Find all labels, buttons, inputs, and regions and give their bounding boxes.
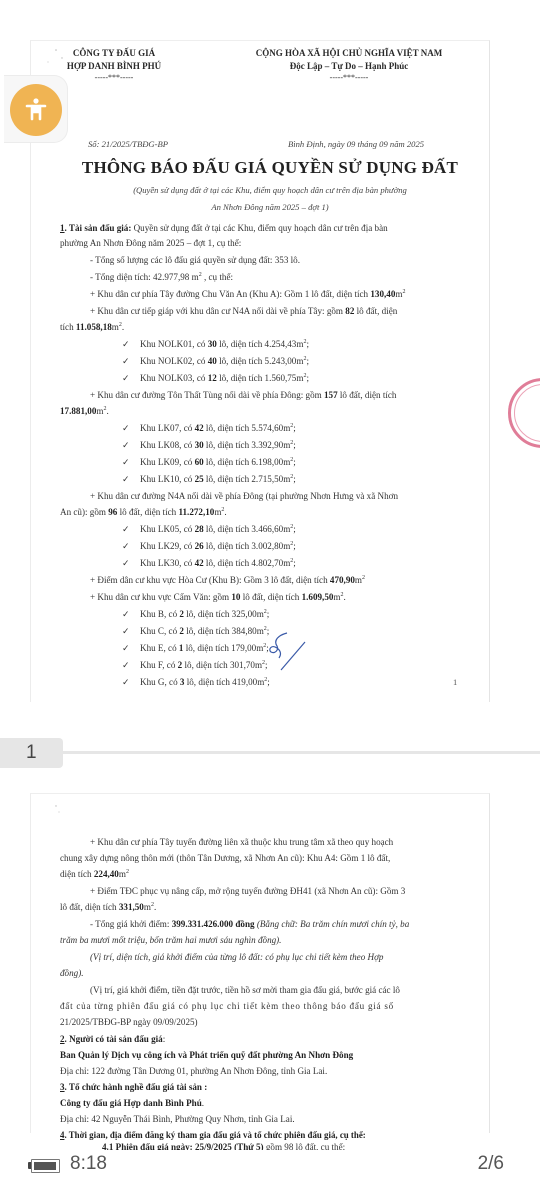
section-3-heading: 3. Tổ chức hành nghề đấu giá tài sản : [60, 1079, 480, 1095]
scan-noise [50, 800, 70, 820]
document-title: THÔNG BÁO ĐẤU GIÁ QUYỀN SỬ DỤNG ĐẤT [60, 158, 480, 178]
auction-org-address: Địa chỉ: 42 Nguyễn Thái Bình, Phường Quy… [60, 1111, 480, 1127]
checkmark-icon: ✓ [122, 555, 134, 571]
auction-org: Công ty đấu giá Hợp danh Bình Phú. [60, 1095, 480, 1111]
block-item: ✓Khu LK09, có 60 lô, diện tích 6.198,00m… [60, 454, 480, 470]
checkmark-icon: ✓ [122, 521, 134, 537]
asset-owner: Ban Quản lý Dịch vụ công ích và Phát tri… [60, 1047, 480, 1063]
zone-n4a-east: + Khu dân cư đường N4A nối dài về phía Đ… [60, 488, 480, 504]
document-number: Số: 21/2025/TBĐG-BP [88, 139, 168, 149]
block-item: ✓Khu LK30, có 42 lô, diện tích 4.802,70m… [60, 555, 480, 571]
note-2-line3: 21/2025/TBĐG-BP ngày 09/09/2025) [60, 1014, 480, 1030]
checkmark-icon: ✓ [122, 336, 134, 352]
handwritten-signature [265, 630, 315, 675]
block-item: ✓Khu NOLK02, có 40 lô, diện tích 5.243,0… [60, 353, 480, 369]
note-2: (Vị trí, giá khởi điểm, tiền đặt trước, … [60, 982, 480, 998]
block-item: ✓Khu LK29, có 26 lô, diện tích 3.002,80m… [60, 538, 480, 554]
national-motto: Độc Lập – Tự Do – Hạnh Phúc [224, 60, 474, 73]
checkmark-icon: ✓ [122, 420, 134, 436]
header-separator: -----***----- [54, 72, 174, 85]
checkmark-icon: ✓ [122, 370, 134, 386]
zone-a4-area: diện tích 224,40m2 [60, 866, 480, 882]
block-item: ✓Khu NOLK03, có 12 lô, diện tích 1.560,7… [60, 370, 480, 386]
checkmark-icon: ✓ [122, 623, 134, 639]
section-2-heading: 2. Người có tài sản đấu giá: [60, 1031, 480, 1047]
total-area: - Tổng diện tích: 42.977,98 m2 , cụ thể: [60, 269, 480, 285]
divider-line [63, 751, 540, 754]
block-item: ✓Khu LK07, có 42 lô, diện tích 5.574,60m… [60, 420, 480, 436]
document-place-date: Bình Định, ngày 09 tháng 09 năm 2025 [288, 139, 424, 149]
official-red-stamp [500, 378, 540, 450]
starting-price-words: trăm ba mươi mốt triệu, bốn trăm hai mươ… [60, 932, 480, 948]
block-item: ✓Khu G, có 3 lô, diện tích 419,00m2; [60, 674, 480, 690]
zone-hoa-cu: + Điểm dân cư khu vực Hòa Cư (Khu B): Gồ… [60, 572, 480, 588]
clock: 8:18 [70, 1153, 107, 1175]
org-header-left: CÔNG TY ĐẤU GIÁ HỢP DANH BÌNH PHÚ -----*… [54, 47, 174, 85]
block-item: ✓Khu B, có 2 lô, diện tích 325,00m2; [60, 606, 480, 622]
viewer-status-bar: 8:18 2/6 [0, 1148, 540, 1184]
zone-a4-line1: + Khu dân cư phía Tây tuyến đường liên x… [60, 834, 480, 850]
subtitle-line: An Nhơn Đông năm 2025 – đợt 1) [60, 199, 480, 216]
zone-cam-van: + Khu dân cư khu vực Cẩm Văn: gồm 10 lô … [60, 589, 480, 605]
note-1-end: đồng). [60, 965, 480, 981]
checkmark-icon: ✓ [122, 471, 134, 487]
header-separator: -----***----- [224, 72, 474, 85]
zone-n4a-west: + Khu dân cư tiếp giáp với khu dân cư N4… [60, 303, 480, 319]
block-item: ✓Khu LK08, có 30 lô, diện tích 3.392,90m… [60, 437, 480, 453]
zone-ton-that-tung: + Khu dân cư đường Tôn Thất Tùng nối dài… [60, 387, 480, 403]
checkmark-icon: ✓ [122, 454, 134, 470]
checkmark-icon: ✓ [122, 640, 134, 656]
org-name-line2: HỢP DANH BÌNH PHÚ [54, 60, 174, 73]
starting-price: - Tổng giá khởi điểm: 399.331.426.000 đồ… [60, 916, 480, 932]
section-1-intro: phường An Nhơn Đông năm 2025 – đợt 1, cụ… [60, 235, 480, 251]
checkmark-icon: ✓ [122, 538, 134, 554]
section-1-heading: 1. Tài sản đấu giá: Quyền sử dụng đất ở … [60, 220, 480, 236]
checkmark-icon: ✓ [122, 606, 134, 622]
page-number-badge: 1 [0, 738, 63, 768]
zone-a4-line2: chung xây dựng nông thôn mới (thôn Tân D… [60, 850, 480, 866]
accessibility-person-icon[interactable] [10, 84, 62, 136]
total-lots: - Tổng số lượng các lô đấu giá quyền sử … [60, 252, 480, 268]
org-name-line1: CÔNG TY ĐẤU GIÁ [54, 47, 174, 60]
document-subtitle: (Quyền sử dụng đất ở tại các Khu, điểm q… [60, 182, 480, 216]
zone-tdc-line1: + Điểm TĐC phục vụ nâng cấp, mở rộng tuy… [60, 883, 480, 899]
accessibility-button[interactable] [4, 75, 68, 143]
page-counter[interactable]: 2/6 [478, 1153, 504, 1175]
note-1: (Vị trí, diện tích, giá khởi điểm của từ… [60, 949, 480, 965]
note-2-line2: đất của từng phiên đấu giá có phụ lục ch… [60, 998, 480, 1014]
zone-ton-that-tung-area: 17.881,00m2. [60, 403, 480, 419]
battery-icon [28, 1159, 60, 1173]
asset-owner-address: Địa chỉ: 122 đường Tân Dương 01, phường … [60, 1063, 480, 1079]
checkmark-icon: ✓ [122, 657, 134, 673]
subtitle-line: (Quyền sử dụng đất ở tại các Khu, điểm q… [60, 182, 480, 199]
block-item: ✓Khu LK10, có 25 lô, diện tích 2.715,50m… [60, 471, 480, 487]
block-item: ✓Khu NOLK01, có 30 lô, diện tích 4.254,4… [60, 336, 480, 352]
checkmark-icon: ✓ [122, 437, 134, 453]
checkmark-icon: ✓ [122, 353, 134, 369]
zone-khu-a: + Khu dân cư phía Tây đường Chu Văn An (… [60, 286, 480, 302]
page-divider: 1 [0, 738, 540, 768]
national-header: CỘNG HÒA XÃ HỘI CHỦ NGHĨA VIỆT NAM Độc L… [224, 47, 474, 85]
national-title: CỘNG HÒA XÃ HỘI CHỦ NGHĨA VIỆT NAM [224, 47, 474, 60]
block-item: ✓Khu LK05, có 28 lô, diện tích 3.466,60m… [60, 521, 480, 537]
zone-n4a-east-area: An cũ): gồm 96 lô đất, diện tích 11.272,… [60, 504, 480, 520]
section-4-heading: 4. Thời gian, địa điểm đăng ký tham gia … [60, 1127, 480, 1143]
zone-n4a-west-area: tích 11.058,18m2. [60, 319, 480, 335]
printed-page-number: 1 [453, 677, 457, 687]
zone-tdc-area: lô đất, diện tích 331,50m2. [60, 899, 480, 915]
checkmark-icon: ✓ [122, 674, 134, 690]
